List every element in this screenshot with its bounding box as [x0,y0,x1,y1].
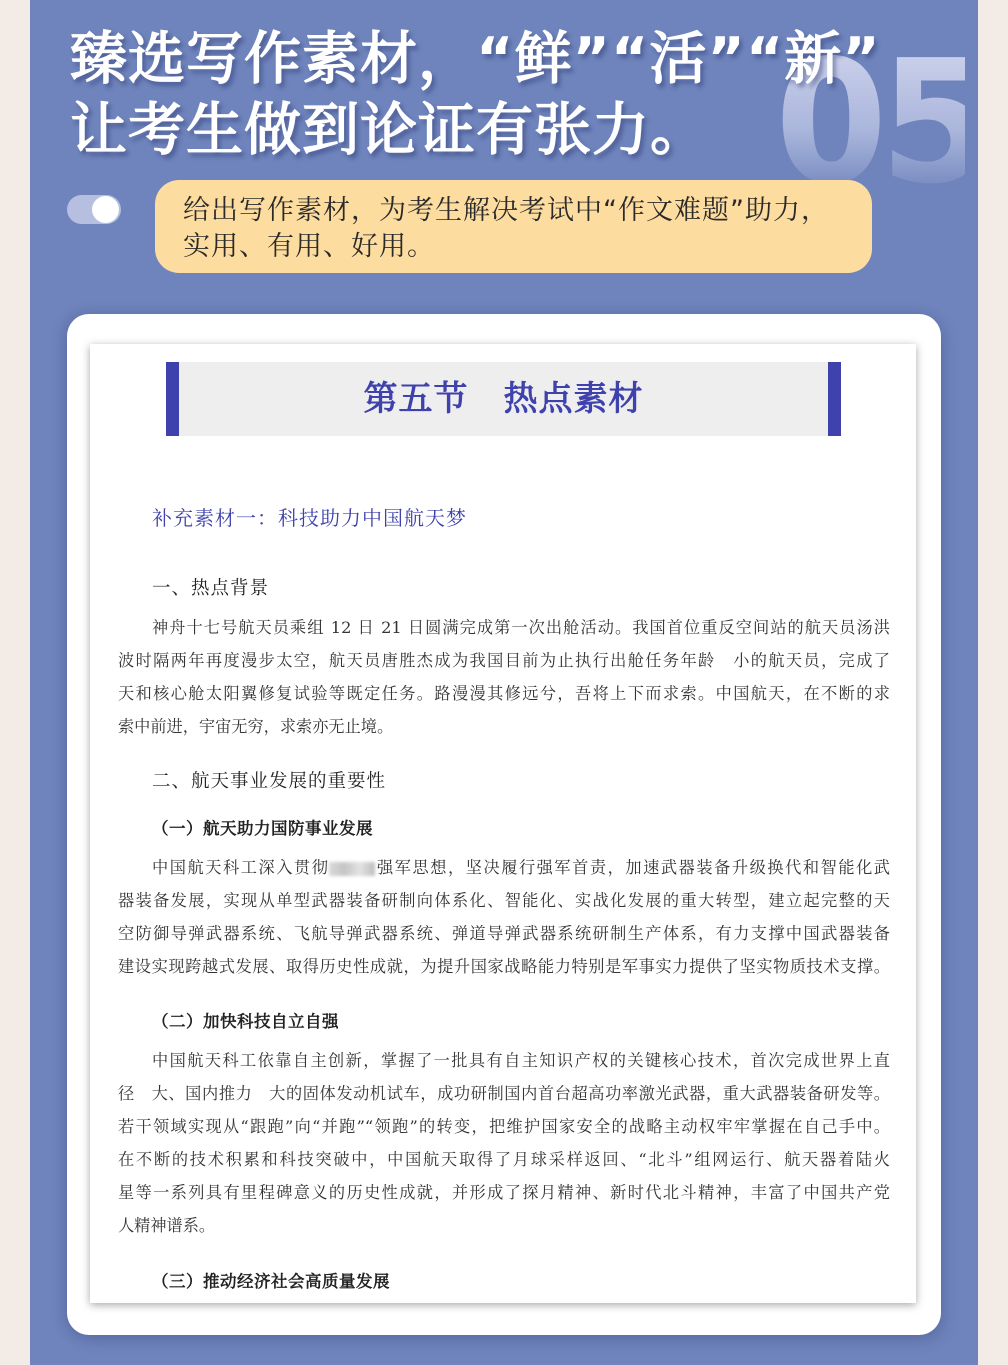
paragraph-line: 空防御导弹武器系统、飞航导弹武器系统、弹道导弹武器系统研制生产体系，有力支撑中国… [118,917,890,950]
paragraph-line: 波时隔两年再度漫步太空，航天员唐胜杰成为我国目前为止执行出舱任务年龄 小的航天员… [118,644,890,677]
document-page: 第五节 热点素材 补充素材一：科技助力中国航天梦 一、热点背景 神舟十七号航天员… [90,344,916,1303]
pill-line-1: 给出写作素材，为考生解决考试中“作文难题”助力， [183,193,852,229]
section-heading-background: 一、热点背景 [152,574,269,600]
pill-line-2: 实用、有用、好用。 [183,229,852,265]
subsection-heading-self-reliance: （二）加快科技自立自强 [152,1008,339,1032]
heading-bar-right-accent [828,362,841,436]
paragraph-line: 人精神谱系。 [118,1209,890,1242]
paragraph-line: 建设实现跨越式发展、取得历史性成就，为提升国家战略能力特别是军事实力提供了坚实物… [118,950,890,983]
supplement-title: 补充素材一：科技助力中国航天梦 [152,502,467,531]
promo-title-line-2: 让考生做到论证有张力。 [70,95,830,166]
paragraph-line: 器装备发展，实现从单型武器装备研制向体系化、智能化、实战化发展的重大转型，建立起… [118,884,890,917]
self-reliance-paragraph: 中国航天科工依靠自主创新，掌握了一批具有自主知识产权的关键核心技术，首次完成世界… [118,1044,890,1242]
subsection-heading-defense: （一）航天助力国防事业发展 [152,815,373,839]
paragraph-line: 若干领域实现从“跟跑”向“并跑”“领跑”的转变，把维护国家安全的战略主动权牢牢掌… [118,1110,890,1143]
paragraph-line: 神舟十七号航天员乘组 12 日 21 日圆满完成第一次出舱活动。我国首位重反空间… [118,611,890,644]
section-heading-importance: 二、航天事业发展的重要性 [152,767,386,793]
subsection-heading-economy: （三）推动经济社会高质量发展 [152,1268,390,1292]
paragraph-line: 在不断的技术积累和科技突破中，中国航天取得了月球采样返回、“北斗”组网运行、航天… [118,1143,890,1176]
chapter-heading-bar: 第五节 热点素材 [166,362,841,436]
text-before-redaction: 中国航天科工深入贯彻 [152,858,329,877]
toggle-knob [92,196,119,223]
paragraph-line: 中国航天科工深入贯彻强军思想，坚决履行强军首责，加速武器装备升级换代和智能化武 [118,851,890,884]
promo-title: 臻选写作素材，“鲜”“活”“新” 让考生做到论证有张力。 [70,24,830,166]
text-after-redaction: 强军思想，坚决履行强军首责，加速武器装备升级换代和智能化武 [375,858,890,877]
redacted-text-blur [329,862,375,876]
background-paragraph: 神舟十七号航天员乘组 12 日 21 日圆满完成第一次出舱活动。我国首位重反空间… [118,611,890,743]
paragraph-line: 径 大、国内推力 大的固体发动机试车，成功研制国内首台超高功率激光武器，重大武器… [118,1077,890,1110]
paragraph-line: 中国航天科工依靠自主创新，掌握了一批具有自主知识产权的关键核心技术，首次完成世界… [118,1044,890,1077]
promo-title-line-1: 臻选写作素材，“鲜”“活”“新” [70,24,830,95]
paragraph-line: 索中前进，宇宙无穷，求索亦无止境。 [118,710,890,743]
promo-subtitle-pill: 给出写作素材，为考生解决考试中“作文难题”助力， 实用、有用、好用。 [155,180,872,273]
defense-paragraph: 中国航天科工深入贯彻强军思想，坚决履行强军首责，加速武器装备升级换代和智能化武 … [118,851,890,983]
paragraph-line: 天和核心舱太阳翼修复试验等既定任务。路漫漫其修远兮，吾将上下而求索。中国航天，在… [118,677,890,710]
paragraph-line: 星等一系列具有里程碑意义的历史性成就，并形成了探月精神、新时代北斗精神，丰富了中… [118,1176,890,1209]
toggle-switch-icon [67,195,121,224]
preview-card: 第五节 热点素材 补充素材一：科技助力中国航天梦 一、热点背景 神舟十七号航天员… [67,314,941,1335]
chapter-heading: 第五节 热点素材 [166,362,841,436]
